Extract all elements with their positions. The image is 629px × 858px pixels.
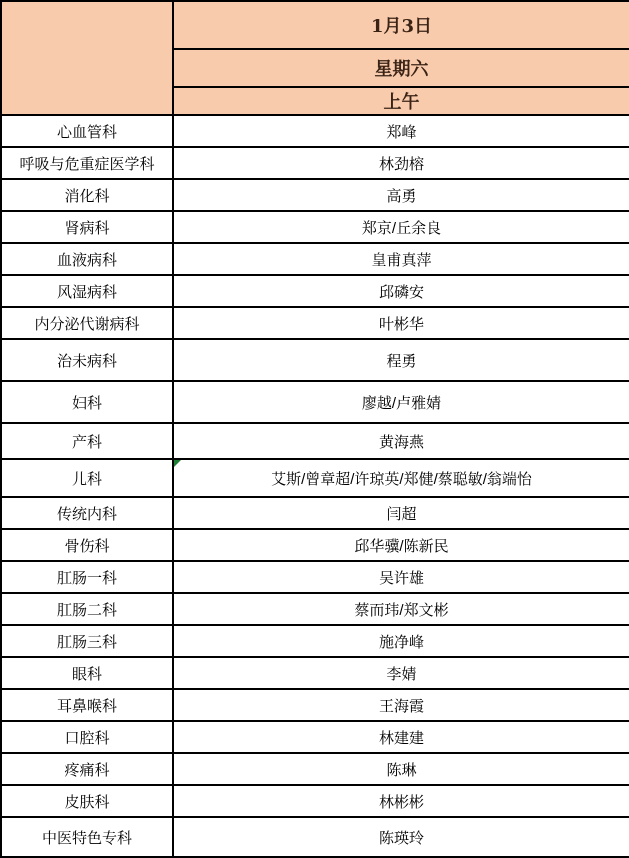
table-row: 肾病科郑京/丘余良 bbox=[1, 211, 629, 243]
table-row: 妇科廖越/卢雅婧 bbox=[1, 381, 629, 423]
table-row: 中医特色专科陈瑛玲 bbox=[1, 817, 629, 857]
table-row: 传统内科闫超 bbox=[1, 497, 629, 529]
department-cell[interactable]: 耳鼻喉科 bbox=[1, 689, 173, 721]
department-cell[interactable]: 肛肠三科 bbox=[1, 625, 173, 657]
doctors-cell[interactable]: 林劲榕 bbox=[173, 147, 629, 179]
table-row: 风湿病科邱磷安 bbox=[1, 275, 629, 307]
corner-empty-cell[interactable] bbox=[1, 1, 173, 115]
doctors-cell[interactable]: 廖越/卢雅婧 bbox=[173, 381, 629, 423]
table-row: 产科黄海燕 bbox=[1, 423, 629, 459]
doctors-cell[interactable]: 叶彬华 bbox=[173, 307, 629, 339]
doctors-cell[interactable]: 陈琳 bbox=[173, 753, 629, 785]
table-row: 肛肠一科吴许雄 bbox=[1, 561, 629, 593]
table-row: 儿科艾斯/曾章超/许琼英/郑健/蔡聪敏/翁端怡 bbox=[1, 459, 629, 497]
doctors-cell[interactable]: 皇甫真萍 bbox=[173, 243, 629, 275]
department-cell[interactable]: 呼吸与危重症医学科 bbox=[1, 147, 173, 179]
doctors-cell[interactable]: 陈瑛玲 bbox=[173, 817, 629, 857]
date-header-cell[interactable]: 1月3日 bbox=[173, 1, 629, 49]
doctors-cell[interactable]: 王海霞 bbox=[173, 689, 629, 721]
table-row: 血液病科皇甫真萍 bbox=[1, 243, 629, 275]
department-cell[interactable]: 中医特色专科 bbox=[1, 817, 173, 857]
department-cell[interactable]: 肛肠一科 bbox=[1, 561, 173, 593]
department-cell[interactable]: 妇科 bbox=[1, 381, 173, 423]
department-cell[interactable]: 治未病科 bbox=[1, 339, 173, 381]
table-row: 治未病科程勇 bbox=[1, 339, 629, 381]
department-cell[interactable]: 肾病科 bbox=[1, 211, 173, 243]
schedule-header: 1月3日 星期六 上午 bbox=[1, 1, 629, 115]
green-corner-marker-icon bbox=[174, 460, 181, 467]
doctors-cell[interactable]: 郑京/丘余良 bbox=[173, 211, 629, 243]
period-header-cell[interactable]: 上午 bbox=[173, 87, 629, 115]
department-cell[interactable]: 心血管科 bbox=[1, 115, 173, 147]
table-row: 皮肤科林彬彬 bbox=[1, 785, 629, 817]
table-row: 肛肠三科施净峰 bbox=[1, 625, 629, 657]
department-cell[interactable]: 产科 bbox=[1, 423, 173, 459]
table-row: 肛肠二科蔡而玮/郑文彬 bbox=[1, 593, 629, 625]
department-cell[interactable]: 疼痛科 bbox=[1, 753, 173, 785]
doctors-cell[interactable]: 林建建 bbox=[173, 721, 629, 753]
doctors-cell[interactable]: 李婧 bbox=[173, 657, 629, 689]
table-row: 眼科李婧 bbox=[1, 657, 629, 689]
doctors-cell[interactable]: 邱华骥/陈新民 bbox=[173, 529, 629, 561]
doctors-cell[interactable]: 黄海燕 bbox=[173, 423, 629, 459]
weekday-header-cell[interactable]: 星期六 bbox=[173, 49, 629, 87]
doctors-cell[interactable]: 邱磷安 bbox=[173, 275, 629, 307]
table-row: 骨伤科邱华骥/陈新民 bbox=[1, 529, 629, 561]
doctors-cell[interactable]: 蔡而玮/郑文彬 bbox=[173, 593, 629, 625]
header-row-date: 1月3日 bbox=[1, 1, 629, 49]
doctors-cell[interactable]: 施净峰 bbox=[173, 625, 629, 657]
doctors-cell[interactable]: 闫超 bbox=[173, 497, 629, 529]
department-cell[interactable]: 消化科 bbox=[1, 179, 173, 211]
department-cell[interactable]: 眼科 bbox=[1, 657, 173, 689]
schedule-table: 1月3日 星期六 上午 心血管科郑峰呼吸与危重症医学科林劲榕消化科高勇肾病科郑京… bbox=[0, 0, 629, 858]
doctors-cell[interactable]: 程勇 bbox=[173, 339, 629, 381]
department-cell[interactable]: 口腔科 bbox=[1, 721, 173, 753]
department-cell[interactable]: 骨伤科 bbox=[1, 529, 173, 561]
table-row: 消化科高勇 bbox=[1, 179, 629, 211]
table-row: 耳鼻喉科王海霞 bbox=[1, 689, 629, 721]
table-row: 疼痛科陈琳 bbox=[1, 753, 629, 785]
department-cell[interactable]: 儿科 bbox=[1, 459, 173, 497]
table-row: 心血管科郑峰 bbox=[1, 115, 629, 147]
department-cell[interactable]: 皮肤科 bbox=[1, 785, 173, 817]
table-row: 口腔科林建建 bbox=[1, 721, 629, 753]
department-cell[interactable]: 内分泌代谢病科 bbox=[1, 307, 173, 339]
department-cell[interactable]: 传统内科 bbox=[1, 497, 173, 529]
doctors-cell[interactable]: 郑峰 bbox=[173, 115, 629, 147]
doctors-cell[interactable]: 林彬彬 bbox=[173, 785, 629, 817]
table-body: 心血管科郑峰呼吸与危重症医学科林劲榕消化科高勇肾病科郑京/丘余良血液病科皇甫真萍… bbox=[1, 115, 629, 857]
doctors-cell[interactable]: 吴许雄 bbox=[173, 561, 629, 593]
department-cell[interactable]: 风湿病科 bbox=[1, 275, 173, 307]
doctors-cell[interactable]: 艾斯/曾章超/许琼英/郑健/蔡聪敏/翁端怡 bbox=[173, 459, 629, 497]
doctors-cell[interactable]: 高勇 bbox=[173, 179, 629, 211]
department-cell[interactable]: 血液病科 bbox=[1, 243, 173, 275]
department-cell[interactable]: 肛肠二科 bbox=[1, 593, 173, 625]
table-row: 呼吸与危重症医学科林劲榕 bbox=[1, 147, 629, 179]
table-row: 内分泌代谢病科叶彬华 bbox=[1, 307, 629, 339]
